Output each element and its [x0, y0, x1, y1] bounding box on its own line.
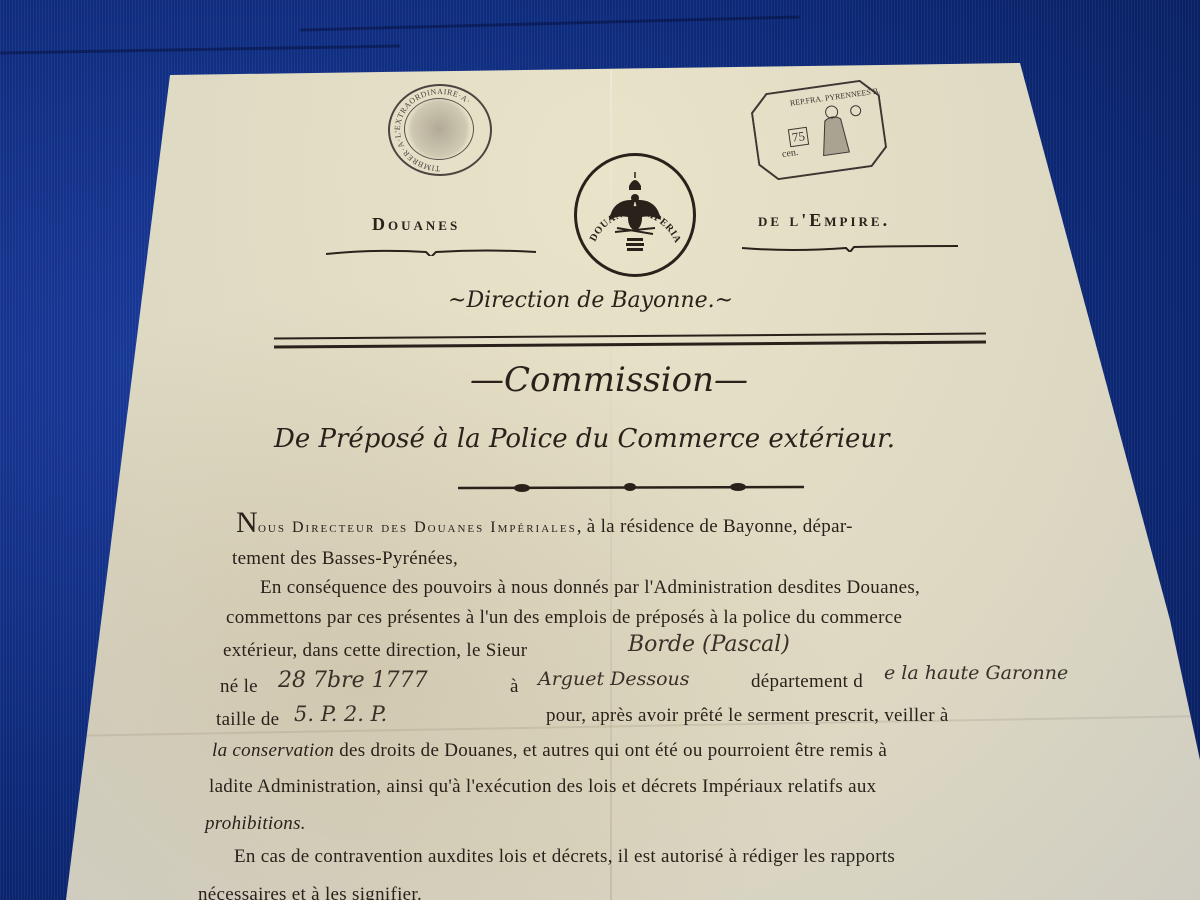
title-line: —Commission—: [470, 360, 748, 400]
ornamental-divider: [458, 482, 804, 494]
body-line-4: commettons par ces présentes à l'un des …: [226, 607, 902, 629]
customs-seal: DOUANES IMPERIALES: [574, 153, 696, 277]
tax-stamp: REP.FRA. PYRENNEES BASSES: [749, 77, 890, 182]
body-line-6a: né le: [220, 676, 258, 698]
body-line-1: Nous Directeur des Douanes Impériales, à…: [236, 506, 853, 540]
header-de-l-empire: de l'Empire.: [758, 210, 890, 231]
body-line-10: prohibitions.: [205, 813, 306, 835]
double-rule-divider: [274, 333, 986, 349]
cloth-fold: [300, 15, 800, 31]
brace-ornament: [742, 242, 958, 252]
header-douanes: Douanes: [372, 214, 460, 235]
svg-text:REP.FRA. PYRENNEES BASSES: REP.FRA. PYRENNEES BASSES: [789, 83, 889, 108]
body-line-2: tement des Basses-Pyrénées,: [232, 548, 458, 570]
fiscal-stamp: TIMBRER·A·L'EXTRAORDINAIRE·A·: [388, 84, 492, 176]
document-paper: TIMBRER·A·L'EXTRAORDINAIRE·A· DOUANES IM…: [0, 0, 1200, 900]
tax-stamp-unit: cen.: [781, 147, 799, 160]
body-line-8: la conservation des droits de Douanes, e…: [212, 740, 887, 762]
body-line-11: En cas de contravention auxdites lois et…: [234, 846, 895, 868]
handwritten-birth-date: 28 7bre 1777: [278, 668, 428, 693]
cloth-fold: [0, 45, 400, 55]
flourish-left: ~: [448, 288, 466, 313]
body-line-6c: département d: [751, 671, 863, 693]
body-line-12: nécessaires et à les signifier.: [198, 884, 422, 900]
title-commission: Commission: [504, 360, 714, 400]
seated-figure-icon: [817, 102, 866, 156]
body-line-9: ladite Administration, ainsi qu'à l'exéc…: [209, 776, 876, 798]
svg-text:TIMBRER·A·L'EXTRAORDINAIRE·A·: TIMBRER·A·L'EXTRAORDINAIRE·A·: [393, 87, 473, 173]
body-line-5: extérieur, dans cette direction, le Sieu…: [223, 640, 527, 662]
direction-line: ~Direction de Bayonne.~: [448, 288, 733, 313]
handwritten-name: Borde (Pascal): [628, 632, 790, 657]
handwritten-department: e la haute Garonne: [884, 662, 1068, 684]
handwritten-height: 5. P. 2. P.: [294, 702, 387, 726]
imperial-eagle-crown-icon: [605, 172, 665, 258]
tax-stamp-value: 75: [788, 127, 809, 147]
body-line-6b: à: [510, 676, 519, 698]
body-line-3: En conséquence des pouvoirs à nous donné…: [260, 577, 920, 599]
body-line-7b: pour, après avoir prêté le serment presc…: [546, 705, 949, 727]
body-line-7a: taille de: [216, 709, 279, 731]
stamp-legend: TIMBRER·A·L'EXTRAORDINAIRE·A·: [390, 86, 490, 174]
handwritten-birth-place: Arguet Dessous: [538, 668, 690, 690]
brace-ornament: [326, 246, 536, 256]
subtitle: De Préposé à la Police du Commerce extér…: [274, 424, 895, 454]
flourish-right: ~: [715, 288, 733, 313]
